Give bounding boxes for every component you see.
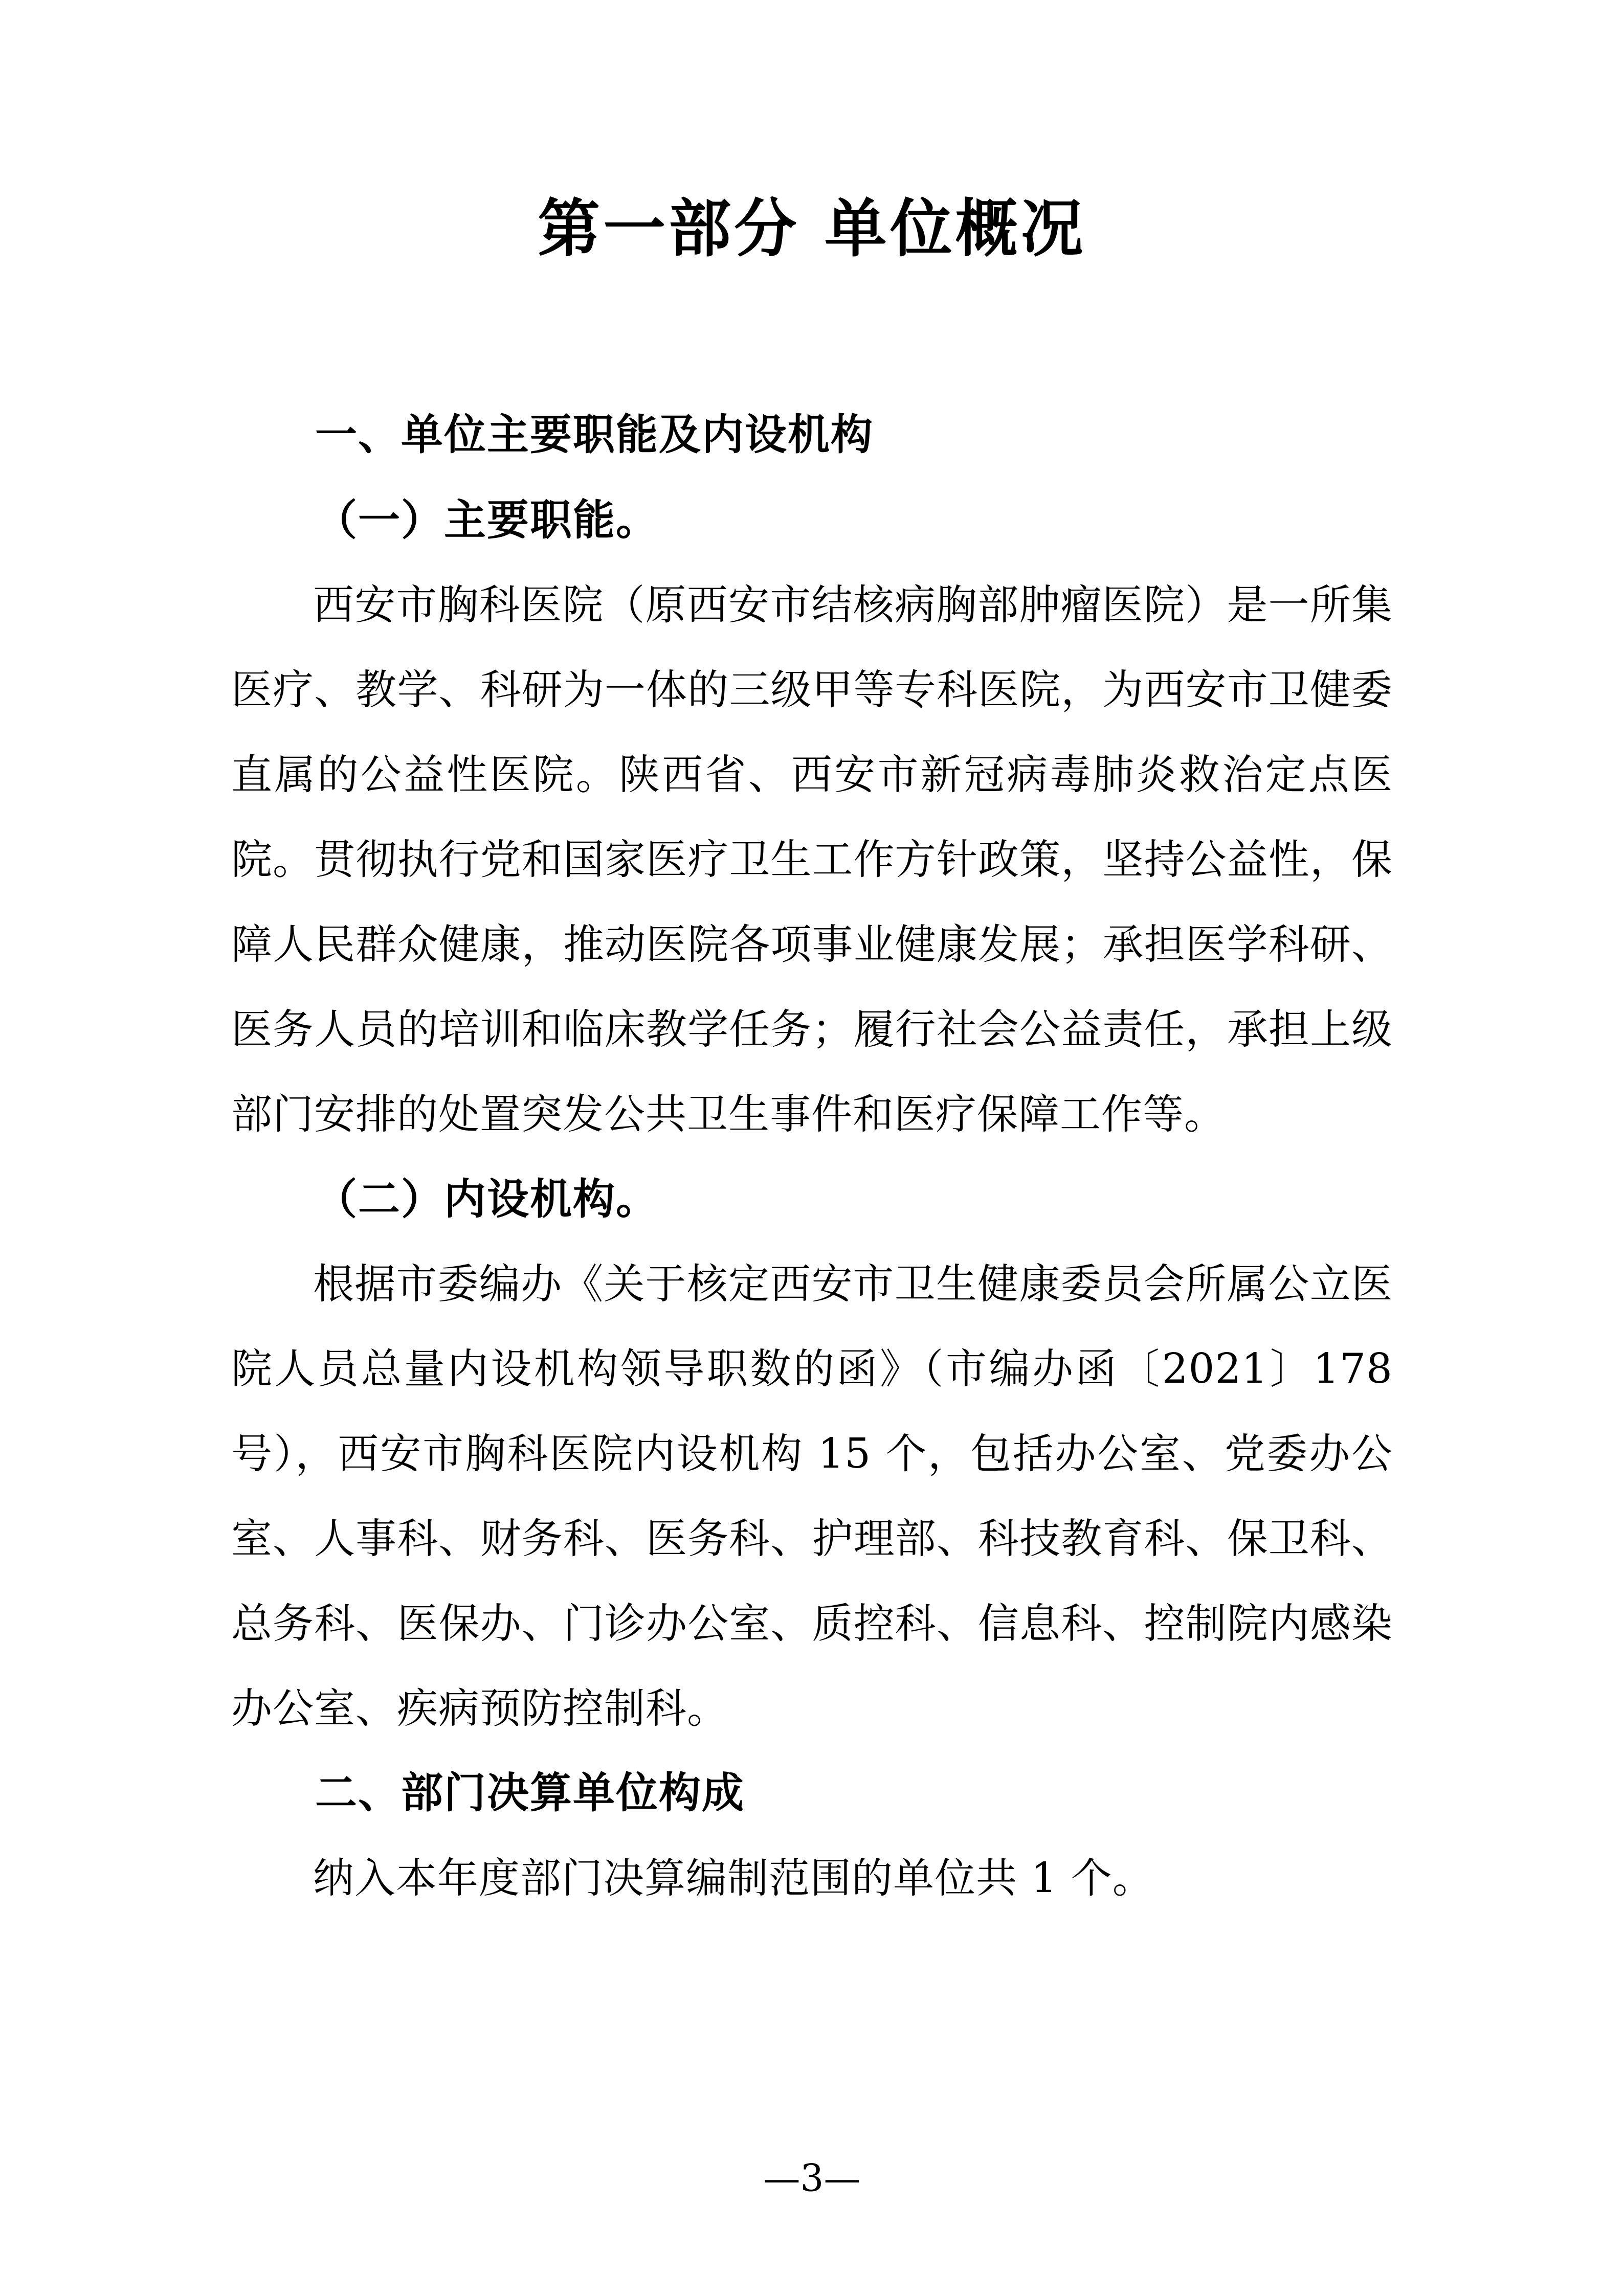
document-page: 第一部分 单位概况 一、单位主要职能及内设机构 （一）主要职能。 西安市胸科医院… (0, 0, 1624, 2296)
page-title: 第一部分 单位概况 (231, 189, 1393, 267)
section1-sub2-paragraph-internal-departments: 根据市委编办《关于核定西安市卫生健康委员会所属公立医院人员总量内设机构领导职数的… (231, 1242, 1393, 1751)
section2-heading: 二、部门决算单位构成 (231, 1751, 1393, 1836)
section1-heading: 一、单位主要职能及内设机构 (231, 393, 1393, 478)
section1-sub1-paragraph-main-functions: 西安市胸科医院（原西安市结核病胸部肿瘤医院）是一所集医疗、教学、科研为一体的三级… (231, 562, 1393, 1157)
page-number: —3— (0, 2158, 1624, 2199)
section1-sub1-heading: （一）主要职能。 (231, 478, 1393, 562)
section1-sub2-heading: （二）内设机构。 (231, 1157, 1393, 1242)
section2-paragraph-unit-composition: 纳入本年度部门决算编制范围的单位共 1 个。 (231, 1836, 1393, 1921)
